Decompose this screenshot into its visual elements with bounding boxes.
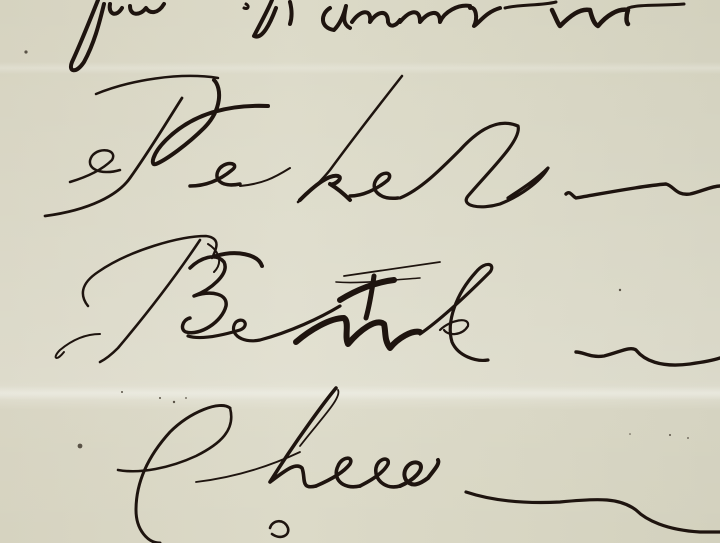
paper-speckles	[24, 50, 688, 448]
handwriting-ink	[0, 0, 720, 543]
manuscript-page: for Hamm Pekels Betuk Chees	[0, 0, 720, 543]
handwritten-line-chees	[118, 388, 720, 543]
handwritten-line-for-hamm	[71, 0, 684, 70]
handwritten-line-betuk	[56, 236, 720, 365]
handwritten-line-pekels	[45, 76, 720, 216]
